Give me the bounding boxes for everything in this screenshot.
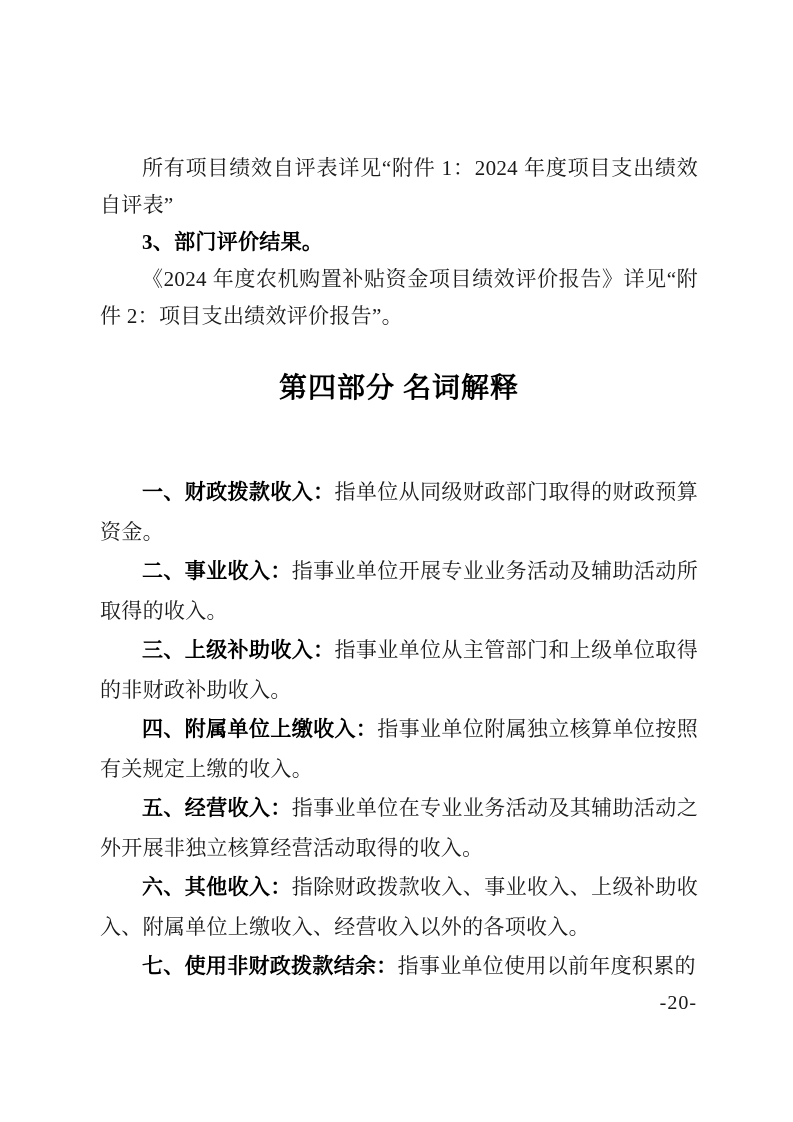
definition-item-7: 七、使用非财政拨款结余：指事业单位使用以前年度积累的 [100, 947, 698, 987]
definition-item-3: 三、上级补助收入：指事业单位从主管部门和上级单位取得的非财政补助收入。 [100, 631, 698, 710]
definition-item-5: 五、经营收入：指事业单位在专业业务活动及其辅助活动之外开展非独立核算经营活动取得… [100, 789, 698, 868]
definition-term-5: 五、经营收入： [142, 796, 292, 820]
page-number: -20- [660, 992, 697, 1015]
section-title: 第四部分 名词解释 [100, 369, 698, 409]
document-page: 所有项目绩效自评表详见“附件 1：2024 年度项目支出绩效自评表” 3、部门评… [0, 0, 793, 1122]
definition-term-3: 三、上级补助收入： [142, 638, 335, 662]
definitions-list: 一、财政拨款收入：指单位从同级财政部门取得的财政预算资金。 二、事业收入：指事业… [100, 473, 698, 987]
definition-term-6: 六、其他收入： [142, 875, 292, 899]
definition-item-2: 二、事业收入：指事业单位开展专业业务活动及辅助活动所取得的收入。 [100, 552, 698, 631]
definition-desc-7: 指事业单位使用以前年度积累的 [398, 954, 696, 978]
paragraph-self-eval-note: 所有项目绩效自评表详见“附件 1：2024 年度项目支出绩效自评表” [100, 150, 698, 224]
definition-term-7: 七、使用非财政拨款结余： [142, 954, 398, 978]
paragraph-eval-report-note: 《2024 年度农机购置补贴资金项目绩效评价报告》详见“附件 2：项目支出绩效评… [100, 261, 698, 335]
definition-item-1: 一、财政拨款收入：指单位从同级财政部门取得的财政预算资金。 [100, 473, 698, 552]
page-content: 所有项目绩效自评表详见“附件 1：2024 年度项目支出绩效自评表” 3、部门评… [100, 150, 698, 987]
definition-term-4: 四、附属单位上缴收入： [142, 717, 377, 741]
paragraph-dept-eval-result-heading: 3、部门评价结果。 [100, 224, 698, 261]
definition-item-4: 四、附属单位上缴收入：指事业单位附属独立核算单位按照有关规定上缴的收入。 [100, 710, 698, 789]
definition-item-6: 六、其他收入：指除财政拨款收入、事业收入、上级补助收入、附属单位上缴收入、经营收… [100, 868, 698, 947]
definition-term-2: 二、事业收入： [142, 559, 292, 583]
definition-term-1: 一、财政拨款收入： [142, 480, 335, 504]
